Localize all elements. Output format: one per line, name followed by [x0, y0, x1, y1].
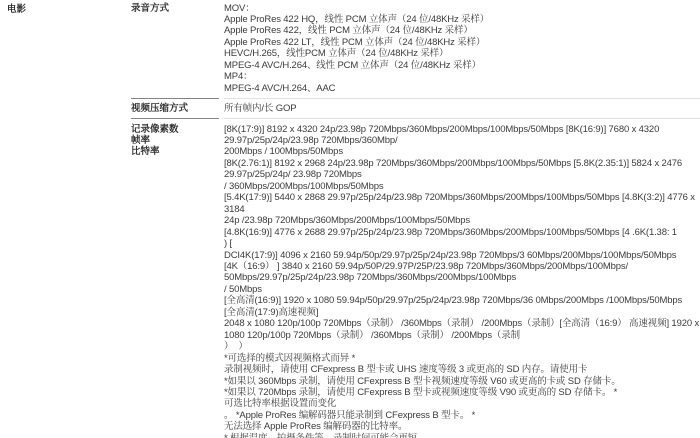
spec-row-video-compression: 视频压缩方式所有帧内/长 GOP — [131, 98, 700, 118]
spec-value-line: 29.97p/25p/24p/ 23.98p 720Mbps — [224, 169, 697, 180]
spec-label-video-compression: 视频压缩方式 — [131, 98, 219, 118]
spec-value-video-compression: 所有帧内/长 GOP — [224, 98, 700, 118]
spec-value-line: *如果以 720Mbps 录制，请使用 CFexpress B 型卡或视频速度等… — [224, 387, 697, 398]
spec-value-recording-format: MOV：Apple ProRes 422 HQ，线性 PCM 立体声（24 位/… — [224, 3, 700, 98]
spec-value-line: 1080 120p/100p 720Mbps（录制） /360Mbps（录制） … — [224, 330, 697, 341]
spec-value-line: 。 *Apple ProRes 编解码器只能录制到 CFexpress B 型卡… — [224, 410, 697, 421]
spec-value-line: 3184 — [224, 204, 697, 215]
spec-row-recording-format: 录音方式MOV：Apple ProRes 422 HQ，线性 PCM 立体声（2… — [131, 0, 700, 98]
spec-value-line: 2048 x 1080 120p/100p 720Mbps（录制） /360Mb… — [224, 318, 697, 329]
spec-value-line: 所有帧内/长 GOP — [224, 103, 697, 114]
spec-value-line: MOV： — [224, 3, 697, 14]
spec-label-recording-format: 录音方式 — [131, 3, 219, 98]
spec-label-line: 视频压缩方式 — [131, 103, 219, 114]
spec-value-line: ） ） — [224, 341, 697, 352]
spec-value-line: Apple ProRes 422，线性 PCM 立体声（24 位/48KHz 采… — [224, 25, 697, 36]
spec-value-line: 24p /23.98p 720Mbps/360Mbps/200Mbps/100M… — [224, 215, 697, 226]
spec-value-line: MPEG-4 AVC/H.264、AAC — [224, 83, 697, 94]
spec-label-recording-pixels-framerate-bitrate: 记录像素数帧率比特率 — [131, 118, 219, 438]
spec-value-line: DCI4K(17:9)] 4096 x 2160 59.94p/50p/29.9… — [224, 250, 697, 261]
spec-value-line: [8K(2.76:1)] 8192 x 2968 24p/23.98p 720M… — [224, 158, 697, 169]
spec-value-line: 可选比特率根据设置而变化 — [224, 398, 697, 409]
spec-label-line: 帧率 — [131, 135, 219, 146]
spec-value-line: 无法选择 Apple ProRes 编解码器的比特率。 — [224, 421, 697, 432]
spec-value-line: [5.4K(17:9)] 5440 x 2868 29.97p/25p/24p/… — [224, 192, 697, 203]
spec-value-line: [全高清(16:9)] 1920 x 1080 59.94p/50p/29.97… — [224, 295, 697, 306]
spec-value-line: / 360Mbps/200Mbps/100Mbps/50Mbps — [224, 181, 697, 192]
spec-value-line: [4.8K(16:9)] 4776 x 2688 29.97p/25p/24p/… — [224, 227, 697, 238]
spec-value-line: MPEG-4 AVC/H.264、线性 PCM 立体声（24 位/48KHz 采… — [224, 60, 697, 71]
spec-value-line: [4K（16:9） ] 3840 x 2160 59.94p/50P/29.97… — [224, 261, 697, 272]
spec-value-line: [8K(17:9)] 8192 x 4320 24p/23.98p 720Mbp… — [224, 124, 697, 135]
section-label-movie: 电影 — [7, 4, 26, 15]
spec-sheet-page: 电影 录音方式MOV：Apple ProRes 422 HQ，线性 PCM 立体… — [0, 0, 700, 438]
spec-value-recording-pixels-framerate-bitrate: [8K(17:9)] 8192 x 4320 24p/23.98p 720Mbp… — [224, 118, 700, 438]
spec-value-line: 50Mbps/29.97p/25p/24p/23.98p 720Mbps/360… — [224, 272, 697, 283]
spec-value-line: *可选择的模式因视频格式而异 * — [224, 353, 697, 364]
spec-value-line: MP4： — [224, 71, 697, 82]
spec-value-line: ) [ — [224, 238, 697, 249]
spec-value-line: 录制视频时，请使用 CFexpress B 型卡或 UHS 速度等级 3 或更高… — [224, 364, 697, 375]
spec-label-line: 记录像素数 — [131, 124, 219, 135]
spec-value-line: Apple ProRes 422 LT，线性 PCM 立体声（24 位/48KH… — [224, 37, 697, 48]
spec-table: 录音方式MOV：Apple ProRes 422 HQ，线性 PCM 立体声（2… — [131, 0, 700, 438]
spec-value-line: 29.97p/25p/24p/23.98p 720Mbps/360Mbp/ — [224, 135, 697, 146]
spec-value-line: *如果以 360Mbps 录制，请使用 CFexpress B 型卡视频速度等级… — [224, 376, 697, 387]
spec-label-line: 录音方式 — [131, 3, 219, 14]
spec-value-line: / 50Mbps — [224, 284, 697, 295]
spec-value-line: [全高清(17:9)高速视频] — [224, 307, 697, 318]
spec-value-line: 200Mbps / 100Mbps/50Mbps — [224, 146, 697, 157]
spec-row-recording-pixels-framerate-bitrate: 记录像素数帧率比特率[8K(17:9)] 8192 x 4320 24p/23.… — [131, 118, 700, 438]
spec-label-line: 比特率 — [131, 146, 219, 157]
spec-value-line: * 根据温度、拍摄条件等，录制时间可能会更短。 — [224, 433, 697, 438]
spec-value-line: HEVC/H.265，线性PCM 立体声（24 位/48KHz 采样） — [224, 48, 697, 59]
spec-value-line: Apple ProRes 422 HQ，线性 PCM 立体声（24 位/48KH… — [224, 14, 697, 25]
